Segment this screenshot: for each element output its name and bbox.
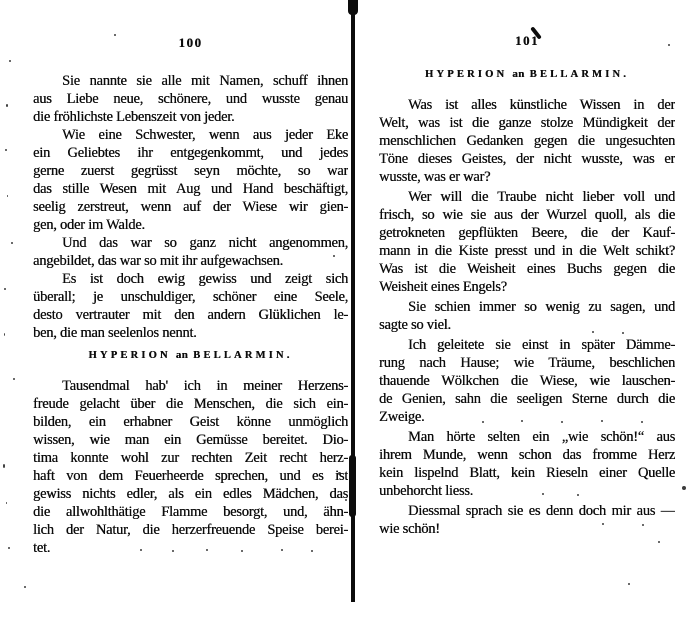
text-line: seelig zerstreut, wenn auf der Wiese wir… <box>33 198 348 216</box>
text-line: wie schön! <box>379 520 675 538</box>
ink-speckle <box>682 486 686 490</box>
paragraph: Tausendmal hab' ich in meiner Herzens-fr… <box>33 377 348 557</box>
text-line: Weisheit eines Engels? <box>379 278 675 296</box>
ink-speckle <box>9 60 11 62</box>
text-line: Sie schien immer so wenig zu sagen, und <box>379 298 675 316</box>
paragraph: Wer will die Traube nicht lieber voll un… <box>379 188 675 296</box>
paragraph: Und das war so ganz nicht angenommen,ang… <box>33 234 348 270</box>
text-line: frisch, so wie sie aus der Wurzel quoll,… <box>379 206 675 224</box>
heading-word: BELLARMIN. <box>193 350 292 361</box>
ink-speckle <box>521 420 523 422</box>
ink-speckle <box>281 549 283 551</box>
text-line: tet. <box>33 539 348 557</box>
text-line: die fröhlichste Lebenszeit von jeder. <box>33 108 348 126</box>
text-line: Sie nannte sie alle mit Namen, schuff ih… <box>33 72 348 90</box>
text-line: Diessmal sprach sie es denn doch mir aus… <box>379 502 675 520</box>
ink-speckle <box>642 524 644 526</box>
ink-speckle <box>6 104 8 107</box>
text-line: Was ist die Weisheit eines Buchs gegen d… <box>379 260 675 278</box>
text-line: kein lispelnd Blatt, kein Rieseln einer … <box>379 464 675 482</box>
text-line: unbehorcht liess. <box>379 482 675 500</box>
text-line: wissen, wie man ein Gemüsse bereitet. Di… <box>33 431 348 449</box>
text-line: Zweige. <box>379 408 675 426</box>
ink-speckle <box>8 547 10 549</box>
ink-speckle <box>241 550 243 552</box>
text-line: gen, oder im Walde. <box>33 216 348 234</box>
text-line: das stille Wesen mit Aug und Hand beschä… <box>33 180 348 198</box>
text-line: tima konnte wohl zur rechten Zeit recht … <box>33 449 348 467</box>
ink-speckle <box>482 421 484 423</box>
text-line: überall; je unschuldiger, schöner eine S… <box>33 288 348 306</box>
text-line: gewiss nichts edler, als ein edles Mädch… <box>33 485 348 503</box>
text-line: Was ist alles künstliche Wissen in der <box>379 96 675 114</box>
heading-word: an <box>512 68 524 80</box>
text-line: Welt, was ist die ganze stolze Mündigkei… <box>379 114 675 132</box>
paragraph: Man hörte selten ein „wie schön!“ ausihr… <box>379 428 675 500</box>
ink-speckle <box>6 502 7 504</box>
ink-speckle <box>602 523 604 525</box>
ink-speckle <box>7 195 8 197</box>
text-line: bilden, ein erhabner Geist könne unmögli… <box>33 413 348 431</box>
ink-speckle <box>628 583 630 585</box>
paragraph: Was ist alles künstliche Wissen in derWe… <box>379 96 675 186</box>
ink-speckle <box>311 550 313 552</box>
text-line: Und das war so ganz nicht angenommen, <box>33 234 348 252</box>
text-line: desto vertrauter mit den andern Glüklich… <box>33 306 348 324</box>
ink-speckle <box>622 332 624 334</box>
text-line: mann in die Kiste presst und in die Welt… <box>379 242 675 260</box>
ink-speckle <box>668 44 670 46</box>
ink-speckle <box>172 550 174 552</box>
text-line: Man hörte selten ein „wie schön!“ aus <box>379 428 675 446</box>
text-line: aus Liebe neue, schönere, und wusste gen… <box>33 90 348 108</box>
heading-word: HYPERION <box>425 69 507 80</box>
book-scan-spread: 100 Sie nannte sie alle mit Namen, schuf… <box>0 0 698 621</box>
paragraph: Sie schien immer so wenig zu sagen, unds… <box>379 298 675 334</box>
ink-speckle <box>13 378 15 380</box>
ink-speckle <box>114 34 116 36</box>
text-line: lich der Natur, die herzerfreuende Speis… <box>33 521 348 539</box>
text-line: Wer will die Traube nicht lieber voll un… <box>379 188 675 206</box>
ink-speckle <box>24 586 26 588</box>
text-line: Wie eine Schwester, wenn aus jeder Eke <box>33 126 348 144</box>
ink-speckle <box>11 242 13 244</box>
text-line: wusste, was er war? <box>379 168 675 186</box>
text-line: getrokneten gepflükten Beere, die der Ka… <box>379 224 675 242</box>
heading-word: HYPERION <box>89 350 171 361</box>
text-line: rung nach Hause; wie Träume, beschlichen <box>379 354 675 372</box>
ink-speckle <box>4 333 5 336</box>
ink-speckle <box>542 493 544 495</box>
text-line: die allwohlthätige Flamme besorgt, und, … <box>33 503 348 521</box>
section-heading: HYPERIONanBELLARMIN. <box>33 348 348 362</box>
text-line: thauende Wölkchen die Wiese, wie lausche… <box>379 372 675 390</box>
heading-word: BELLARMIN. <box>530 69 629 80</box>
ink-speckle <box>561 421 563 423</box>
ink-speckle <box>3 464 5 468</box>
text-line: ihrem Munde, wenn schon das fromme Herz <box>379 446 675 464</box>
ink-speckle <box>5 149 7 151</box>
text-line: Tausendmal hab' ich in meiner Herzens- <box>33 377 348 395</box>
text-line: gerne zuerst gegrüsst seyn möchte, so wa… <box>33 162 348 180</box>
book-gutter-line <box>351 0 355 602</box>
left-page-number: 100 <box>33 36 348 50</box>
ink-speckle <box>333 255 335 257</box>
text-line: Es ist doch ewig gewiss und zeigt sich <box>33 270 348 288</box>
text-line: ben, die man seelenlos nennt. <box>33 324 348 342</box>
paragraph: Ich geleitete sie einst in später Dämme-… <box>379 336 675 426</box>
text-line: freude gelacht über die Menschen, die si… <box>33 395 348 413</box>
paragraph: Es ist doch ewig gewiss und zeigt sichüb… <box>33 270 348 342</box>
text-line: menschlichen Gedanken gegen die ungesuch… <box>379 132 675 150</box>
heading-word: an <box>176 349 188 361</box>
right-page-body: HYPERIONanBELLARMIN.Was ist alles künstl… <box>379 67 675 538</box>
ink-speckle <box>206 549 208 551</box>
text-line: haft von dem Feuerheerde sprechen, und e… <box>33 467 348 485</box>
right-page: 101 HYPERIONanBELLARMIN.Was ist alles kü… <box>379 34 675 538</box>
paragraph: Diessmal sprach sie es denn doch mir aus… <box>379 502 675 538</box>
text-line: Ich geleitete sie einst in später Dämme- <box>379 336 675 354</box>
text-line: angebildet, das war so mit ihr aufgewach… <box>33 252 348 270</box>
left-page: 100 Sie nannte sie alle mit Namen, schuf… <box>33 36 348 557</box>
section-heading: HYPERIONanBELLARMIN. <box>379 67 675 81</box>
ink-speckle <box>345 499 347 501</box>
ink-speckle <box>592 331 594 333</box>
ink-speckle <box>601 420 603 422</box>
left-page-body: Sie nannte sie alle mit Namen, schuff ih… <box>33 72 348 557</box>
ink-speckle <box>577 494 579 496</box>
paragraph: Sie nannte sie alle mit Namen, schuff ih… <box>33 72 348 126</box>
text-line: ein Geliebtes ihr entgegenkommt, und jed… <box>33 144 348 162</box>
ink-speckle <box>658 541 660 543</box>
ink-speckle <box>338 472 341 475</box>
right-page-number: 101 <box>379 34 675 48</box>
ink-speckle <box>4 288 6 290</box>
text-line: de Genien, sahn die seeligen Sterne durc… <box>379 390 675 408</box>
text-line: Töne dieses Geistes, der nicht wusste, w… <box>379 150 675 168</box>
text-line: sagte so viel. <box>379 316 675 334</box>
ink-speckle <box>641 421 643 423</box>
ink-speckle <box>140 549 142 551</box>
paragraph: Wie eine Schwester, wenn aus jeder Ekeei… <box>33 126 348 234</box>
